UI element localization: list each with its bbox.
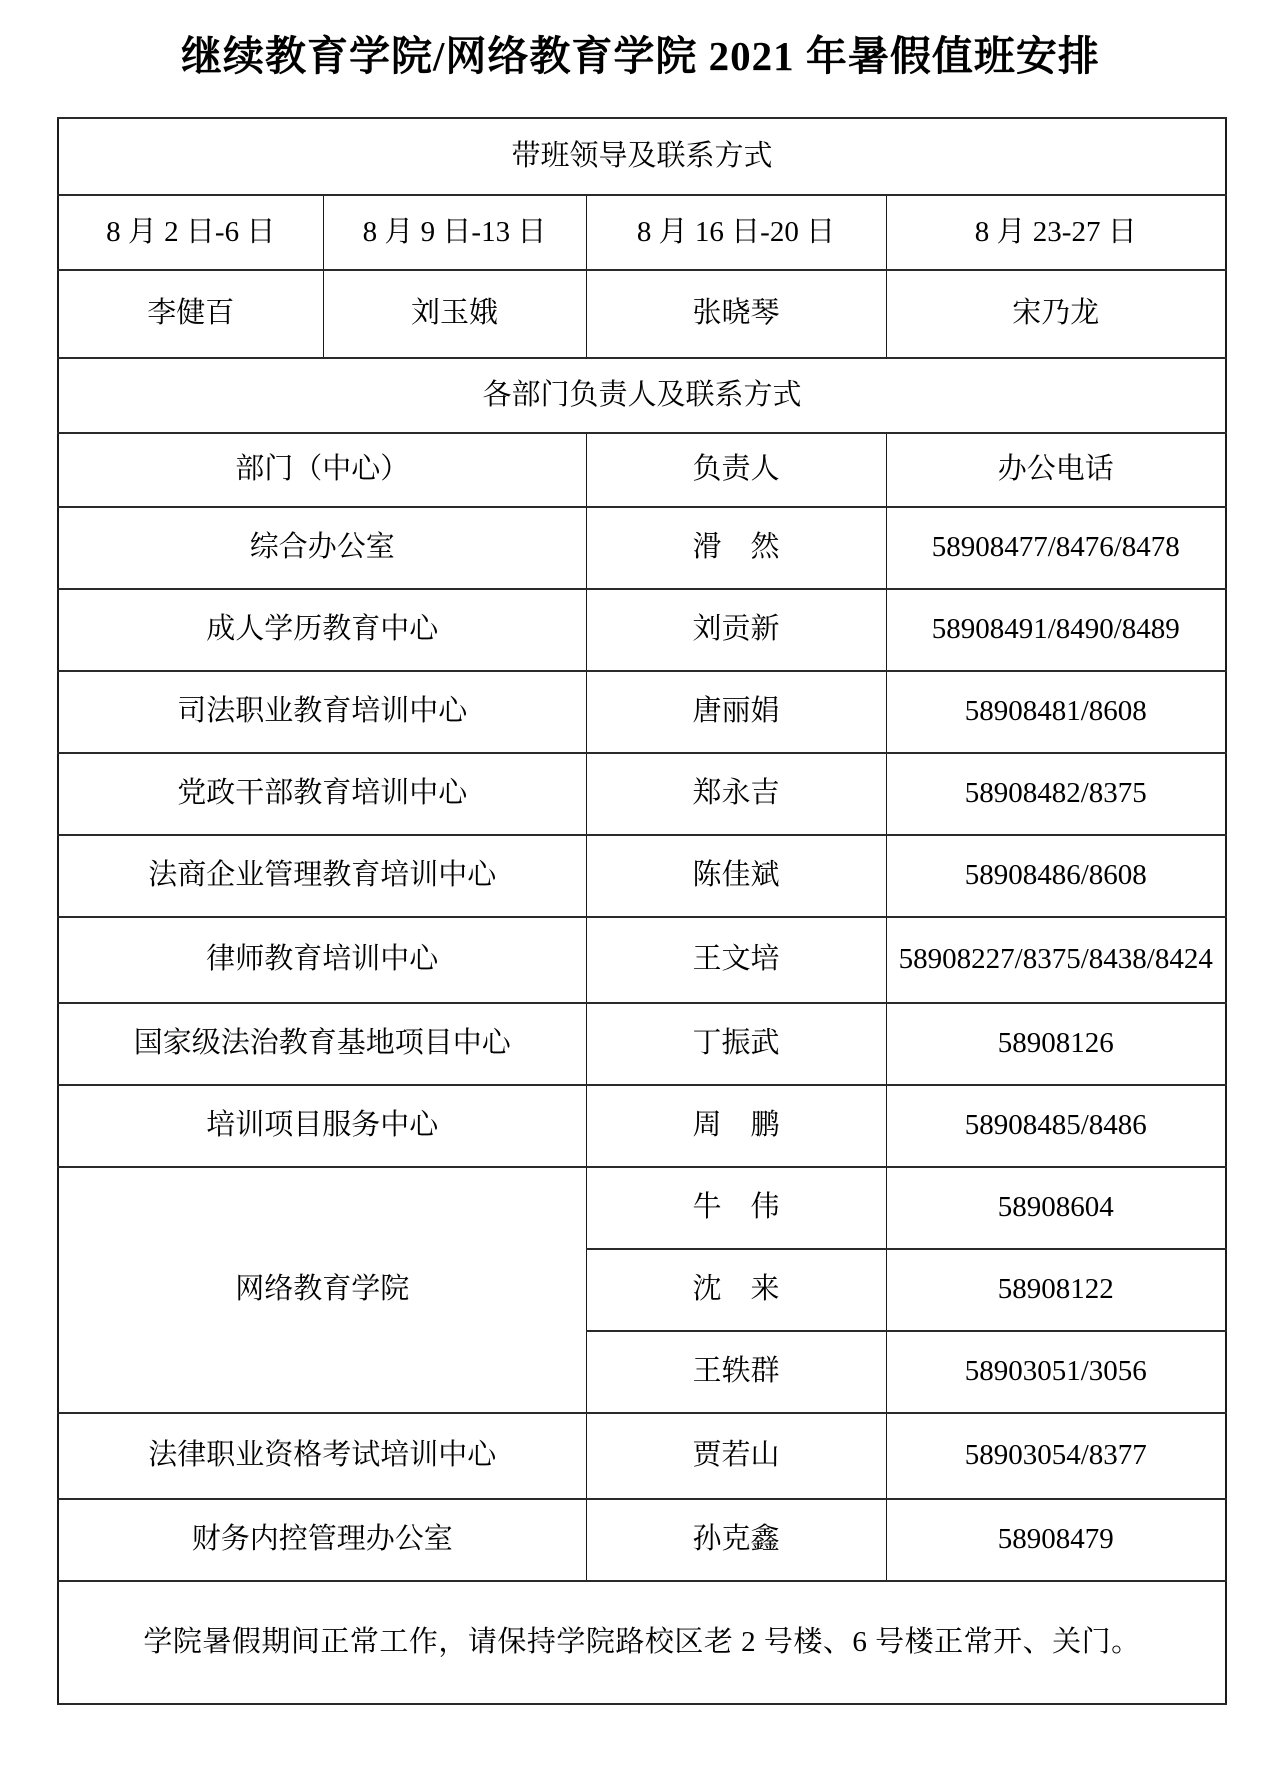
department-cell: 综合办公室 — [58, 507, 586, 589]
department-cell: 党政干部教育培训中心 — [58, 753, 586, 835]
phone-cell: 58908482/8375 — [886, 753, 1226, 835]
phone-cell: 58908477/8476/8478 — [886, 507, 1226, 589]
head-cell: 贾若山 — [586, 1413, 886, 1499]
duty-week-leader: 宋乃龙 — [886, 270, 1226, 358]
duty-week-leader: 张晓琴 — [586, 270, 886, 358]
document-page: 继续教育学院/网络教育学院 2021 年暑假值班安排 带班领导及联系方式 8 月… — [0, 0, 1281, 1769]
department-cell: 国家级法治教育基地项目中心 — [58, 1003, 586, 1085]
duty-week-dates: 8 月 9 日-13 日 — [323, 195, 586, 270]
phone-cell: 58908479 — [886, 1499, 1226, 1581]
head-cell: 丁振武 — [586, 1003, 886, 1085]
table-row: 8 月 2 日-6 日 8 月 9 日-13 日 8 月 16 日-20 日 8… — [58, 195, 1226, 270]
head-cell: 刘贡新 — [586, 589, 886, 671]
department-cell-merged: 网络教育学院 — [58, 1167, 586, 1413]
duty-week-dates: 8 月 16 日-20 日 — [586, 195, 886, 270]
table-row: 培训项目服务中心 周 鹏 58908485/8486 — [58, 1085, 1226, 1167]
head-cell: 牛 伟 — [586, 1167, 886, 1249]
duty-week-dates: 8 月 2 日-6 日 — [58, 195, 323, 270]
phone-cell: 58903051/3056 — [886, 1331, 1226, 1413]
table-row: 带班领导及联系方式 — [58, 118, 1226, 195]
head-cell: 孙克鑫 — [586, 1499, 886, 1581]
table-row: 财务内控管理办公室 孙克鑫 58908479 — [58, 1499, 1226, 1581]
column-header-department: 部门（中心） — [58, 433, 586, 507]
phone-cell: 58908604 — [886, 1167, 1226, 1249]
head-cell: 郑永吉 — [586, 753, 886, 835]
table-row: 成人学历教育中心 刘贡新 58908491/8490/8489 — [58, 589, 1226, 671]
table-row: 李健百 刘玉娥 张晓琴 宋乃龙 — [58, 270, 1226, 358]
department-cell: 培训项目服务中心 — [58, 1085, 586, 1167]
table-row: 司法职业教育培训中心 唐丽娟 58908481/8608 — [58, 671, 1226, 753]
department-cell: 法律职业资格考试培训中心 — [58, 1413, 586, 1499]
table-row: 综合办公室 滑 然 58908477/8476/8478 — [58, 507, 1226, 589]
department-cell: 财务内控管理办公室 — [58, 1499, 586, 1581]
duty-week-leader: 李健百 — [58, 270, 323, 358]
table-header-row: 部门（中心） 负责人 办公电话 — [58, 433, 1226, 507]
phone-cell: 58908481/8608 — [886, 671, 1226, 753]
phone-cell: 58908486/8608 — [886, 835, 1226, 917]
duty-schedule-table: 带班领导及联系方式 8 月 2 日-6 日 8 月 9 日-13 日 8 月 1… — [57, 117, 1227, 1705]
head-cell: 滑 然 — [586, 507, 886, 589]
section-header-leaders: 带班领导及联系方式 — [58, 118, 1226, 195]
table-row: 学院暑假期间正常工作，请保持学院路校区老 2 号楼、6 号楼正常开、关门。 — [58, 1581, 1226, 1704]
department-cell: 法商企业管理教育培训中心 — [58, 835, 586, 917]
table-row: 国家级法治教育基地项目中心 丁振武 58908126 — [58, 1003, 1226, 1085]
table-row: 网络教育学院 牛 伟 58908604 — [58, 1167, 1226, 1249]
table-row: 法商企业管理教育培训中心 陈佳斌 58908486/8608 — [58, 835, 1226, 917]
phone-cell: 58908485/8486 — [886, 1085, 1226, 1167]
phone-cell: 58908122 — [886, 1249, 1226, 1331]
table-row: 各部门负责人及联系方式 — [58, 358, 1226, 433]
column-header-phone: 办公电话 — [886, 433, 1226, 507]
duty-week-leader: 刘玉娥 — [323, 270, 586, 358]
footer-note: 学院暑假期间正常工作，请保持学院路校区老 2 号楼、6 号楼正常开、关门。 — [58, 1581, 1226, 1704]
table-row: 党政干部教育培训中心 郑永吉 58908482/8375 — [58, 753, 1226, 835]
head-cell: 陈佳斌 — [586, 835, 886, 917]
section-header-departments: 各部门负责人及联系方式 — [58, 358, 1226, 433]
table-row: 法律职业资格考试培训中心 贾若山 58903054/8377 — [58, 1413, 1226, 1499]
head-cell: 王轶群 — [586, 1331, 886, 1413]
phone-cell: 58903054/8377 — [886, 1413, 1226, 1499]
head-cell: 周 鹏 — [586, 1085, 886, 1167]
phone-cell: 58908491/8490/8489 — [886, 589, 1226, 671]
page-title: 继续教育学院/网络教育学院 2021 年暑假值班安排 — [0, 0, 1281, 83]
head-cell: 王文培 — [586, 917, 886, 1003]
department-cell: 司法职业教育培训中心 — [58, 671, 586, 753]
head-cell: 唐丽娟 — [586, 671, 886, 753]
head-cell: 沈 来 — [586, 1249, 886, 1331]
table-row: 律师教育培训中心 王文培 58908227/8375/8438/8424 — [58, 917, 1226, 1003]
department-cell: 律师教育培训中心 — [58, 917, 586, 1003]
phone-cell: 58908126 — [886, 1003, 1226, 1085]
duty-week-dates: 8 月 23-27 日 — [886, 195, 1226, 270]
column-header-head: 负责人 — [586, 433, 886, 507]
department-cell: 成人学历教育中心 — [58, 589, 586, 671]
phone-cell: 58908227/8375/8438/8424 — [886, 917, 1226, 1003]
